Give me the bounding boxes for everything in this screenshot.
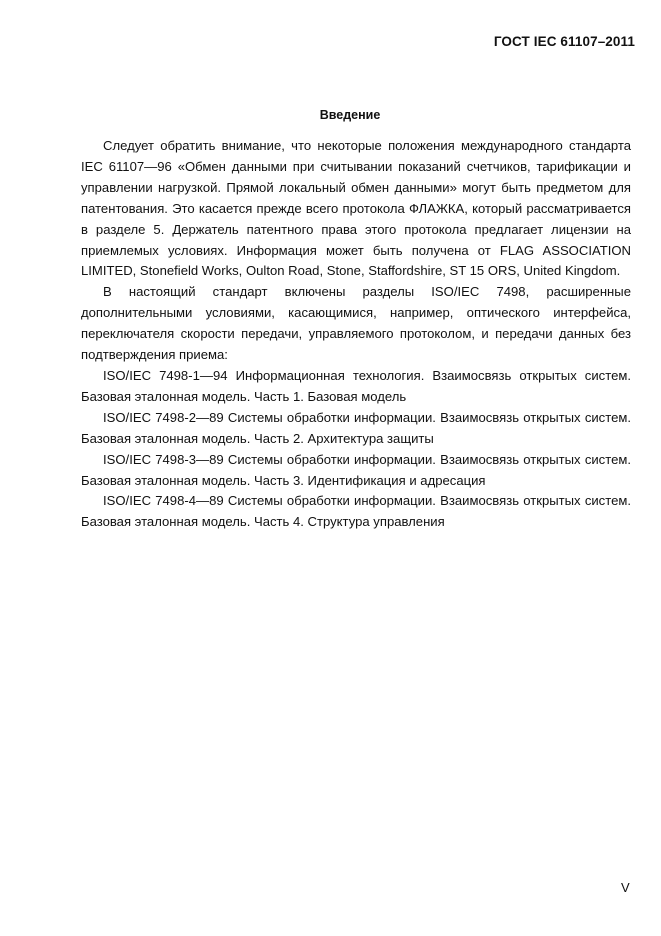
paragraph-included-sections: В настоящий стандарт включены разделы IS… (81, 282, 631, 366)
document-code-header: ГОСТ IEC 61107–2011 (494, 34, 635, 49)
document-body: Следует обратить внимание, что некоторые… (81, 136, 631, 533)
reference-iso-7498-4: ISO/IEC 7498-4—89 Системы обработки инфо… (81, 491, 631, 533)
page-number: V (621, 880, 630, 895)
reference-iso-7498-3: ISO/IEC 7498-3—89 Системы обработки инфо… (81, 450, 631, 492)
reference-iso-7498-1: ISO/IEC 7498-1—94 Информационная техноло… (81, 366, 631, 408)
paragraph-patent-notice: Следует обратить внимание, что некоторые… (81, 136, 631, 282)
reference-iso-7498-2: ISO/IEC 7498-2—89 Системы обработки инфо… (81, 408, 631, 450)
section-title: Введение (0, 108, 661, 122)
